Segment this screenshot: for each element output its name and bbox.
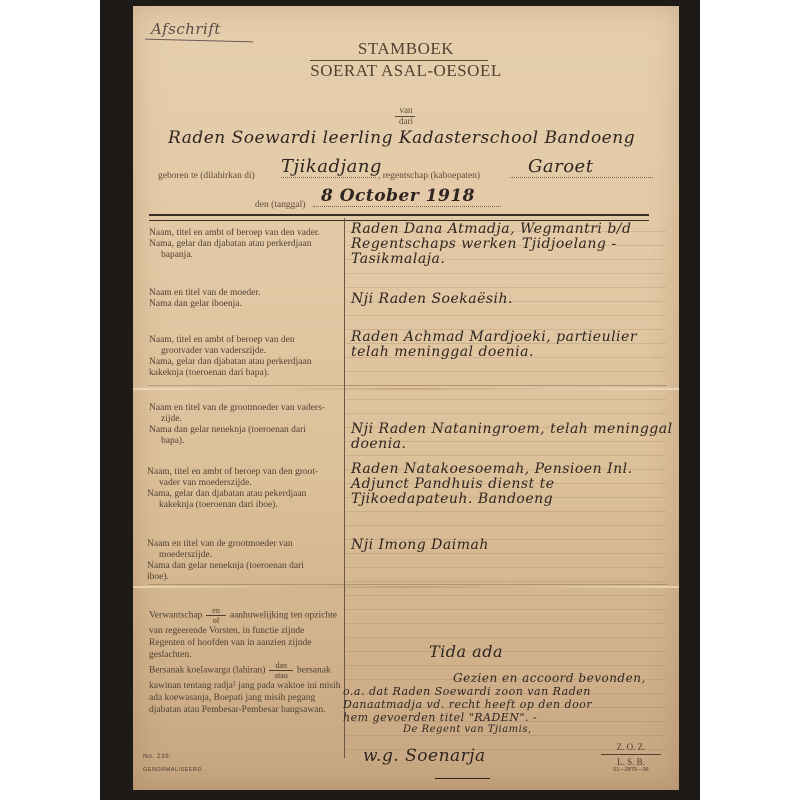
- value-maternal-grandfather: Raden Natakoesoemah, Pensioen Inl. Adjun…: [351, 462, 676, 507]
- subject-name: Raden Soewardi leerling Kadasterschool B…: [168, 128, 635, 148]
- value-royal-kinship: Tida ada: [429, 642, 503, 661]
- label-maternal-grandfather: Naam, titel en ambt of beroep van den gr…: [147, 467, 337, 511]
- form-number: No. 239.: [143, 753, 172, 760]
- title-soerat-asal-oesoel: SOERAT ASAL-OESOEL: [133, 61, 679, 81]
- endorsement-regent-title: De Regent van Tjiamis,: [403, 724, 532, 735]
- zoz-divider: [601, 754, 661, 755]
- afschrift-annotation: Afschrift: [151, 20, 221, 38]
- column-divider: [344, 218, 345, 758]
- label-royal-kinship-dutch: Verwantschapenofaanhuwelijking ten opzic…: [149, 606, 341, 661]
- row-separator: [149, 385, 667, 386]
- date-label: den (tanggal): [255, 200, 305, 210]
- endorsement-line-2: o.a. dat Raden Soewardi zoon van Raden: [343, 685, 591, 698]
- value-mother: Nji Raden Soekaësih.: [351, 292, 676, 307]
- zoz-stamp: Z. O. Z. L. S. B. 51—2875—36: [601, 742, 661, 773]
- value-paternal-grandfather: Raden Achmad Mardjoeki, partieulier tela…: [351, 330, 676, 360]
- label-dari: dari: [133, 116, 679, 126]
- label-mother: Naam en titel van de moeder. Nama dan ge…: [149, 288, 339, 310]
- endorsement-line-4: hem gevoerden titel "RADEN". -: [343, 711, 537, 724]
- regency-value: Garoet: [510, 156, 653, 178]
- form-status: GENORMALISEERD.: [143, 767, 204, 773]
- zoz-text: Z. O. Z.: [601, 742, 661, 752]
- label-paternal-grandfather: Naam, titel en ambt of beroep van den gr…: [149, 335, 339, 379]
- regency-label: , regentschap (kaboepaten): [378, 171, 480, 181]
- signature-underline: [435, 778, 490, 779]
- document-page: Afschrift STAMBOEK SOERAT ASAL-OESOEL va…: [133, 6, 679, 790]
- print-code: 51—2875—36: [601, 767, 661, 773]
- value-maternal-grandmother: Nji Imong Daimah: [351, 538, 676, 553]
- endorsement-line-1: Gezien en accoord bevonden,: [453, 671, 646, 685]
- title-stamboek: STAMBOEK: [133, 39, 679, 59]
- row-separator: [149, 584, 667, 585]
- value-paternal-grandmother: Nji Raden Nataningroem, telah meninggal …: [351, 422, 676, 452]
- date-value: 8 October 1918: [313, 186, 501, 207]
- endorsement-line-3: Danaatmadja vd. recht heeft op den door: [343, 698, 592, 711]
- label-royal-kinship-malay: Bersanak koelawarga (lahiran)danataubers…: [149, 661, 341, 716]
- lsb-text: L. S. B.: [601, 757, 661, 767]
- birthplace-value: Tjikadjang: [281, 156, 376, 178]
- endorsement-signature: w.g. Soenarja: [363, 746, 486, 766]
- born-label: geboren te (dilahirkan di): [158, 171, 255, 181]
- label-paternal-grandmother: Naam en titel van de grootmoeder van vad…: [149, 403, 339, 447]
- fraction-en-of: enof: [206, 606, 226, 625]
- value-father: Raden Dana Atmadja, Wegmantri b/d Regent…: [351, 222, 676, 267]
- label-father: Naam, titel en ambt of beroep van den va…: [149, 228, 339, 261]
- label-maternal-grandmother: Naam en titel van de grootmoeder van moe…: [147, 539, 337, 583]
- fraction-dan-atau: danatau: [269, 661, 293, 680]
- label-van: van: [133, 105, 679, 115]
